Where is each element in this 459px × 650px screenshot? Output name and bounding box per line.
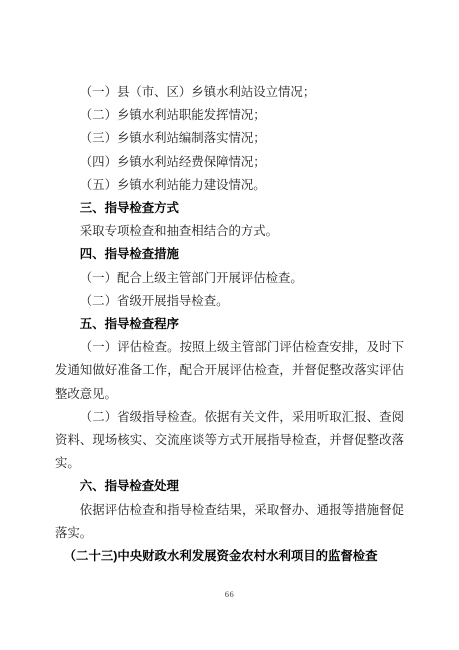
list-item: （五）乡镇水利站能力建设情况。 <box>55 174 404 197</box>
section-heading: 六、指导检查处理 <box>55 475 404 498</box>
list-item: （一）县（市、区）乡镇水利站设立情况； <box>55 81 404 104</box>
page-number: 66 <box>225 589 235 599</box>
body-paragraph: （一）评估检查。按照上级主管部门评估检查安排，及时下发通知做好准备工作，配合开展… <box>55 336 404 406</box>
section-heading: 三、指导检查方式 <box>55 197 404 220</box>
list-item: （三）乡镇水利站编制落实情况； <box>55 127 404 150</box>
body-paragraph: 采取专项检查和抽查相结合的方式。 <box>55 220 404 243</box>
section-heading: 四、指导检查措施 <box>55 243 404 266</box>
body-paragraph: （二）省级指导检查。依据有关文件，采用听取汇报、查阅资料、现场核实、交流座谈等方… <box>55 406 404 476</box>
list-item: （四）乡镇水利站经费保障情况； <box>55 151 404 174</box>
section-heading: 五、指导检查程序 <box>55 313 404 336</box>
chapter-heading: （二十三)中央财政水利发展资金农村水利项目的监督检查 <box>55 545 404 568</box>
list-item: （一）配合上级主管部门开展评估检查。 <box>55 267 404 290</box>
document-content: （一）县（市、区）乡镇水利站设立情况；（二）乡镇水利站职能发挥情况；（三）乡镇水… <box>55 81 404 568</box>
list-item: （二）省级开展指导检查。 <box>55 290 404 313</box>
document-page: （一）县（市、区）乡镇水利站设立情况；（二）乡镇水利站职能发挥情况；（三）乡镇水… <box>0 0 459 650</box>
list-item: （二）乡镇水利站职能发挥情况； <box>55 104 404 127</box>
body-paragraph: 依据评估检查和指导检查结果，采取督办、通报等措施督促落实。 <box>55 499 404 545</box>
page-footer: 66 <box>0 589 459 599</box>
